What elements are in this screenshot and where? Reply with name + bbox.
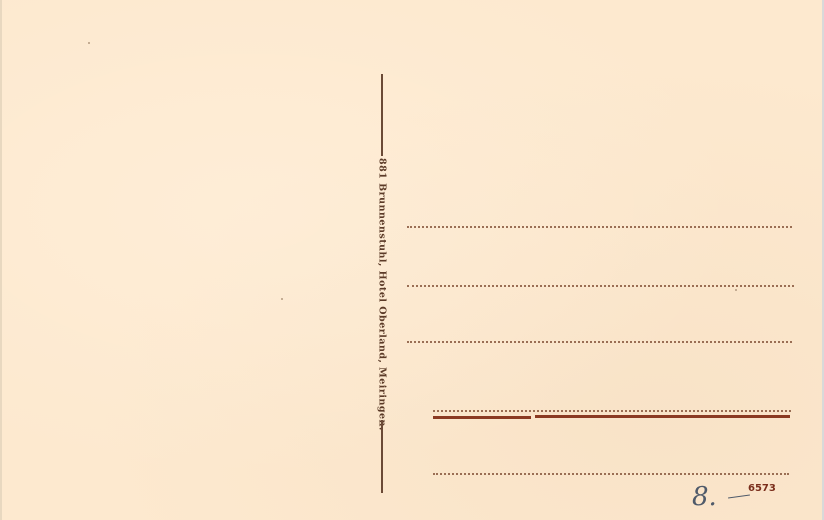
postcard-caption: 881 Brunnenstuhl, Hotel Oberland, Meirin… (377, 158, 388, 431)
address-line-4 (433, 410, 791, 412)
pencil-annotation: 8. (692, 482, 717, 512)
address-line-3 (407, 341, 792, 343)
address-line-5 (433, 473, 789, 475)
paper-speck (735, 289, 737, 291)
catalog-number: 6573 (748, 483, 776, 494)
paper-speck (281, 298, 283, 300)
paper-speck (88, 42, 90, 44)
divider-line-top (381, 74, 383, 156)
divider-line-bottom (381, 420, 383, 493)
pencil-dash (728, 494, 750, 498)
underline-short (433, 416, 531, 419)
postcard-back: 881 Brunnenstuhl, Hotel Oberland, Meirin… (0, 0, 824, 520)
address-line-1 (407, 226, 792, 228)
address-line-2 (407, 285, 794, 287)
underline-long (535, 415, 790, 418)
